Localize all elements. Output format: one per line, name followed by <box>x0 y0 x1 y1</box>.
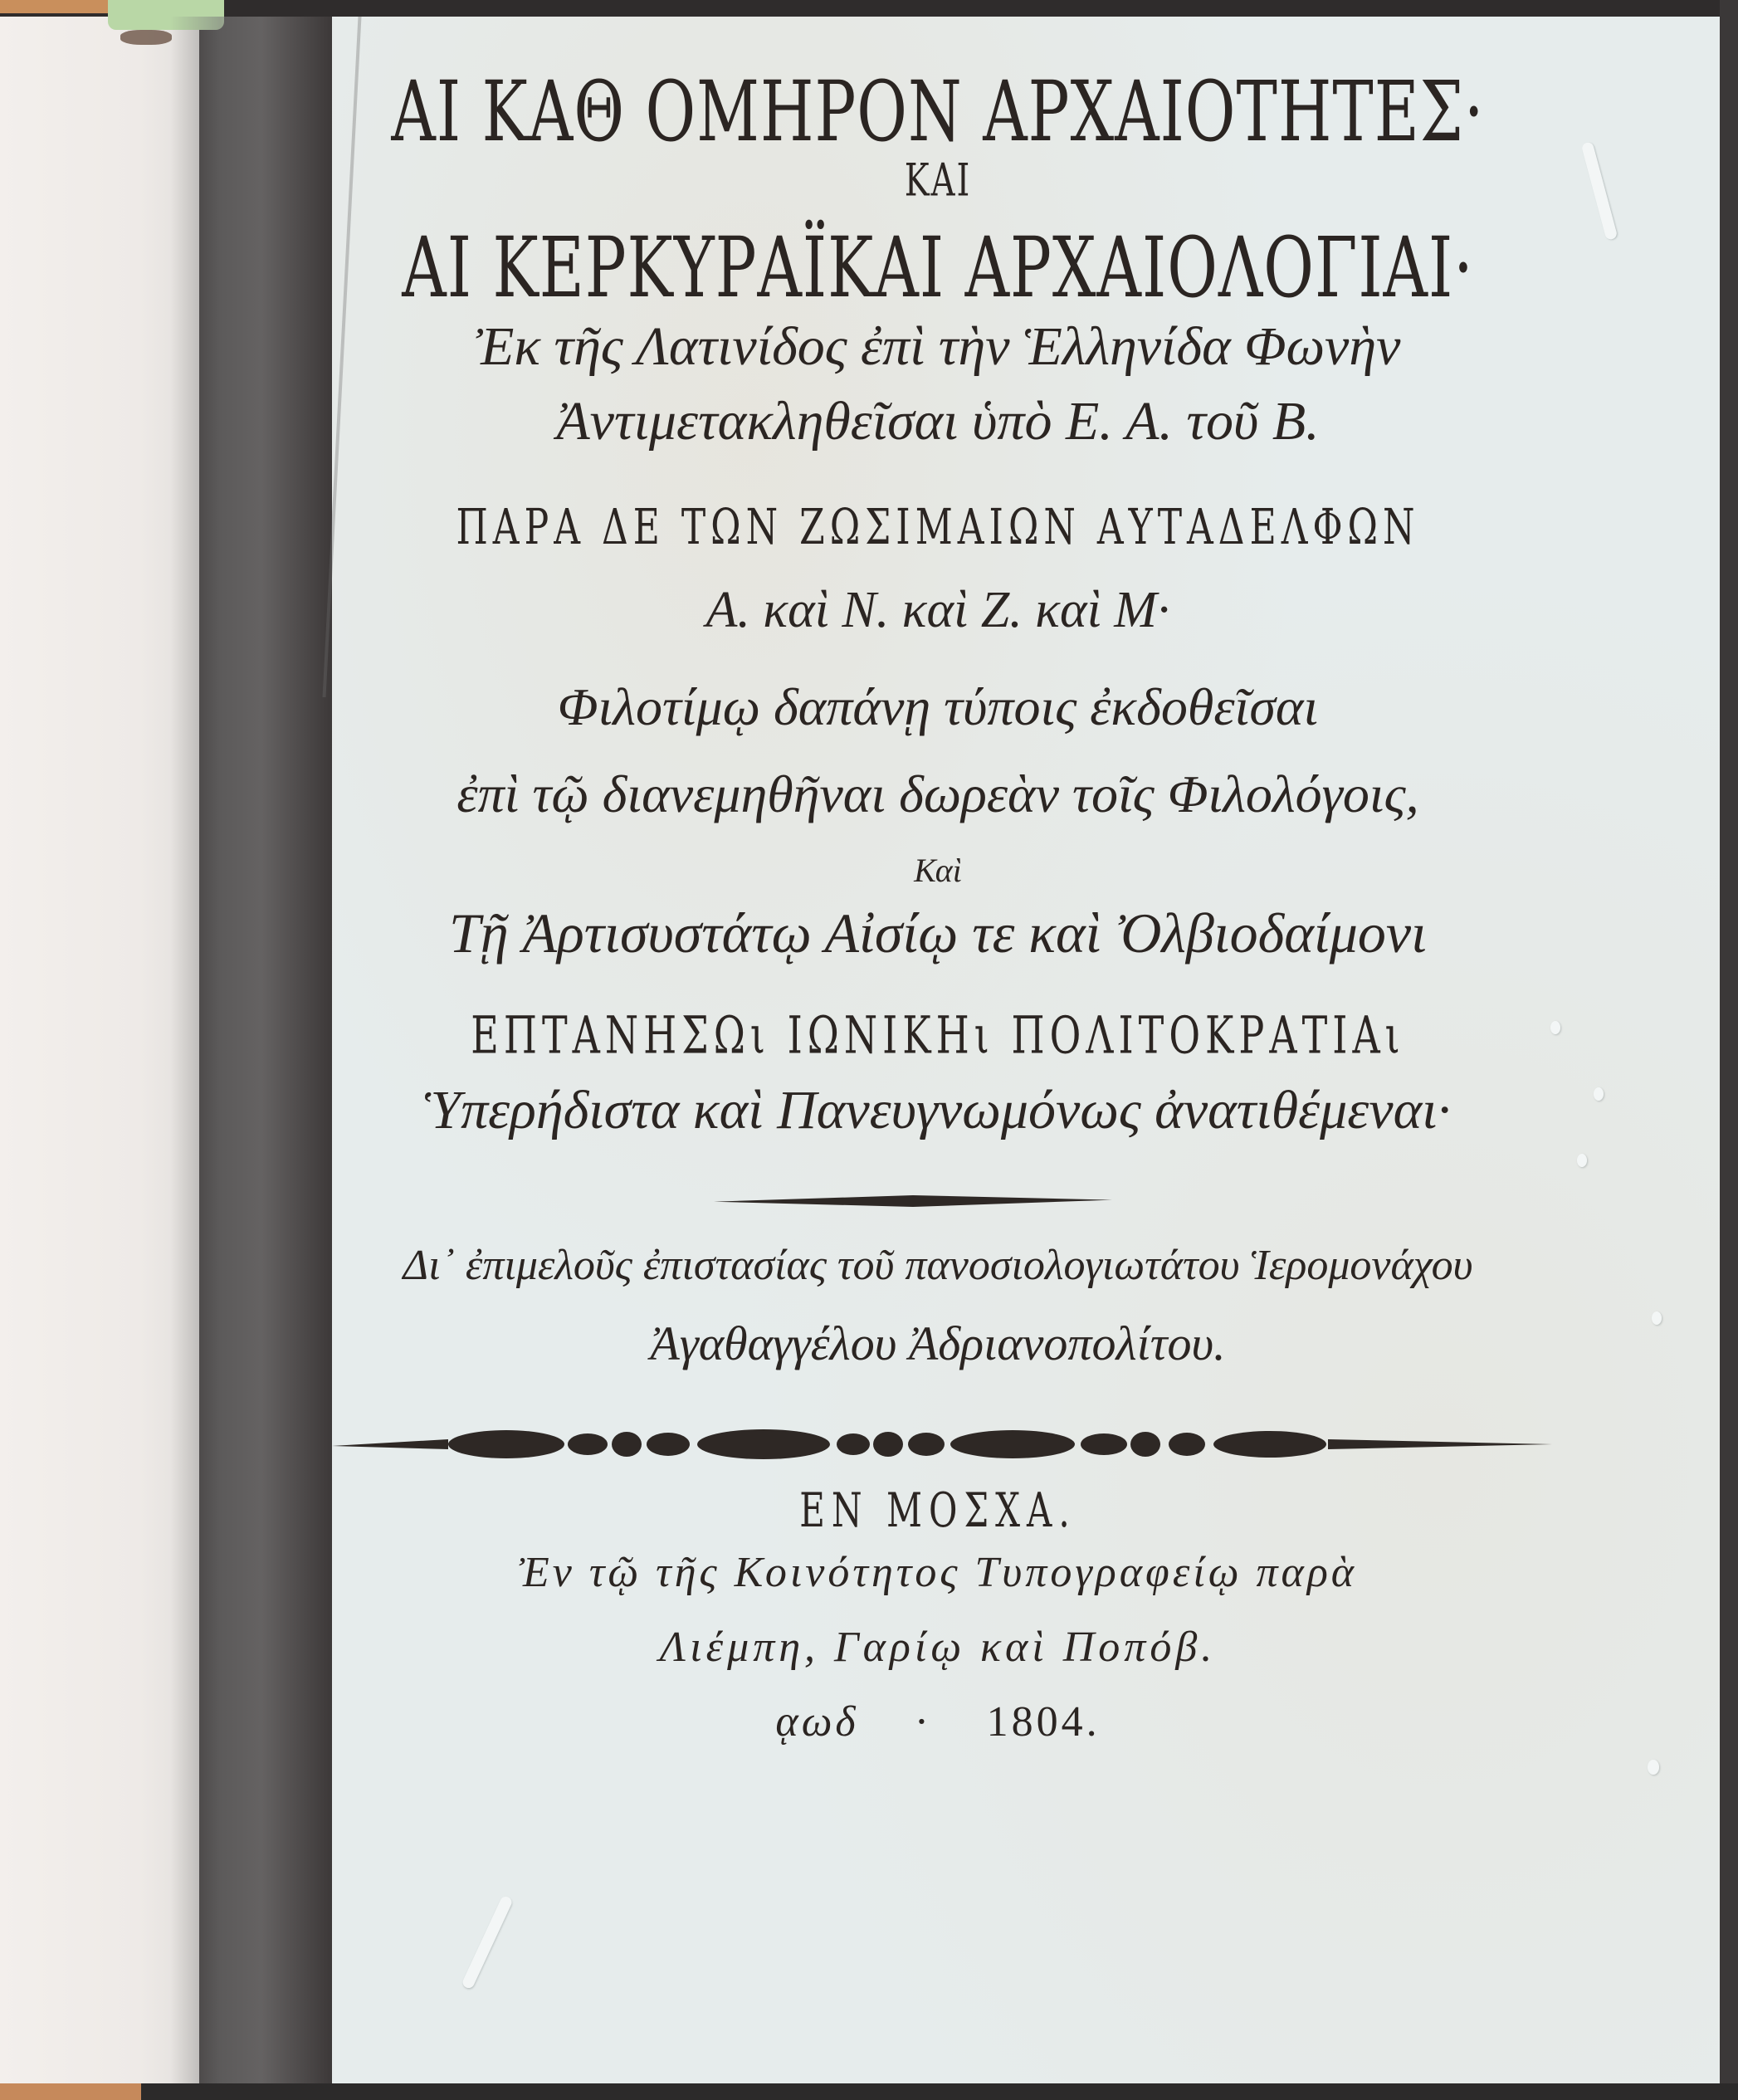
beaded-ornamental-rule <box>332 1428 1552 1461</box>
dedication-line-3: Ὑπερήδιστα καὶ Πανευγνωμόνως ἀνατιθέμενα… <box>315 1079 1560 1142</box>
printing-line-1: Φιλοτίμῳ δαπάνῃ τύποις ἐκδοθεῖσαι <box>315 676 1560 738</box>
dedication-line-1: Τῇ Ἀρτισυστάτῳ Αἰσίῳ τε καὶ Ὀλβιοδαίμονι <box>315 901 1560 966</box>
printing-line-2: ἐπὶ τῷ διανεμηθῆναι δωρεὰν τοῖς Φιλολόγο… <box>315 764 1560 825</box>
editor-line-1: Δι᾽ ἐπιμελοῦς ἐπιστασίας τοῦ πανοσιολογι… <box>315 1241 1560 1290</box>
title-conjunction: ΚΑΙ <box>315 155 1560 207</box>
sponsors-initials: Α. καὶ Ν. καὶ Ζ. καὶ Μ· <box>315 581 1560 640</box>
book-spine-edge <box>0 0 116 13</box>
sponsors-intro: ΠΑΡΑ ΔΕ ΤΩΝ ΖΩΣΙΜΑΙΩΝ ΑΥΤΑΔΕΛΦΩΝ <box>315 499 1560 556</box>
date-greek-numeral: ᾳωδ <box>775 1698 858 1746</box>
paper-blemish <box>1594 1087 1604 1101</box>
editor-line-2: Ἀγαθαγγέλου Ἀδριανοπολίτου. <box>315 1316 1560 1371</box>
book-cover-edge <box>0 2083 141 2100</box>
title-line-1: ΑΙ ΚΑΘ ΟΜΗΡΟΝ ΑΡΧΑΙΟΤΗΤΕΣ· <box>315 64 1560 160</box>
translation-line-1: Ἐκ τῆς Λατινίδος ἐπὶ τὴν Ἑλληνίδα Φωνὴν <box>315 315 1560 378</box>
scan-background-top <box>0 0 1738 17</box>
facing-blank-page <box>0 17 199 2083</box>
date-separator: · <box>873 1697 973 1746</box>
paper-stain <box>120 30 172 45</box>
printer-line-2: Λιέμπη, Γαρίῳ καὶ Ποπόβ. <box>315 1623 1560 1672</box>
scan-background-bottom <box>0 2083 1738 2100</box>
publication-year: 1804. <box>987 1698 1101 1746</box>
paper-blemish <box>1577 1154 1587 1167</box>
scan-background-right <box>1720 0 1738 2100</box>
paper-blemish <box>1652 1311 1662 1325</box>
printer-line-1: Ἐν τῷ τῆς Κοινότητος Τυπογραφείῳ παρὰ <box>315 1548 1560 1597</box>
dedication-conjunction: Καὶ <box>315 851 1560 890</box>
translation-line-2: Ἀντιμετακληθεῖσαι ὑπὸ Ε. Α. τοῦ Β. <box>315 390 1560 453</box>
paper-blemish <box>1648 1760 1659 1775</box>
place-of-publication: ΕΝ ΜΟΣΧΑ. <box>315 1482 1560 1537</box>
title-line-2: ΑΙ ΚΕΡΚΥΡΑΪΚΑΙ ΑΡΧΑΙΟΛΟΓΙΑΙ· <box>315 220 1560 316</box>
dedication-line-2: ΕΠΤΑΝΗΣΩι ΙΩΝΙΚΗι ΠΟΛΙΤΟΚΡΑΤΙΑι <box>315 1005 1560 1066</box>
page-gutter-shadow <box>170 17 336 2083</box>
publication-date: ᾳωδ · 1804. <box>315 1697 1560 1746</box>
